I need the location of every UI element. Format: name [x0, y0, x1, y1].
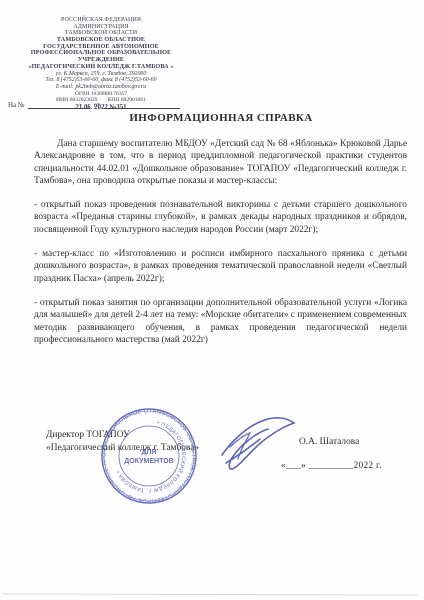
document-page: РОССИЙСКАЯ ФЕДЕРАЦИЯ АДМИНИСТРАЦИЯ ТАМБО… — [0, 0, 424, 600]
signature-date-line: «___» _________2022 г. — [281, 461, 382, 471]
signatory-name: О.А. Шаталова — [299, 437, 359, 447]
body-paragraph: Дана старшему воспитателю МБДОУ «Детский… — [34, 138, 407, 187]
document-title: ИНФОРМАЦИОННАЯ СПРАВКА — [35, 112, 407, 124]
na-no-label: На № — [8, 101, 25, 109]
letterhead: РОССИЙСКАЯ ФЕДЕРАЦИЯ АДМИНИСТРАЦИЯ ТАМБО… — [6, 17, 196, 112]
document-body: Дана старшему воспитателю МБДОУ «Детский… — [34, 138, 407, 358]
stamp-center-line2: ДОКУМЕНТОВ — [124, 458, 173, 465]
stamp-center-line1: ДЛЯ — [142, 449, 157, 456]
scan-edge-line — [2, 593, 418, 595]
stamp-inner-ring-text: • ПЕДАГОГИЧЕСКИЙ КОЛЛЕДЖ Г. ТАМБОВА • — [115, 420, 186, 493]
body-paragraph: - открытый показ проведения познавательн… — [34, 199, 407, 236]
blank-field — [104, 101, 180, 109]
official-round-stamp: ТАМБОВСКОЕ ОБЛАСТНОЕ ГОСУДАРСТВЕННОЕ АВТ… — [99, 406, 199, 506]
letterhead-line: РОССИЙСКАЯ ФЕДЕРАЦИЯ — [6, 17, 196, 24]
body-paragraph: - мастер-класс по «Изготовлению и роспис… — [34, 248, 407, 285]
letterhead-email: E-mail: pk2tmb@obraz.tambov.gov.ru — [6, 84, 196, 91]
svg-text:• ПЕДАГОГИЧЕСКИЙ КОЛЛЕДЖ Г. ТА: • ПЕДАГОГИЧЕСКИЙ КОЛЛЕДЖ Г. ТАМБОВА • — [115, 420, 186, 493]
blank-field — [28, 101, 90, 109]
letterhead-phone: Тел. 8 (4752)53-60-60, факс 8 (4752)53-6… — [6, 77, 196, 84]
body-paragraph: - открытый показ занятия по организации … — [34, 297, 407, 346]
reference-number-line: На №от — [8, 101, 228, 109]
letterhead-org-name: «ПЕДАГОГИЧЕСКИЙ КОЛЛЕДЖ Г.ТАМБОВА » — [6, 64, 196, 71]
ot-label: от — [94, 101, 100, 109]
